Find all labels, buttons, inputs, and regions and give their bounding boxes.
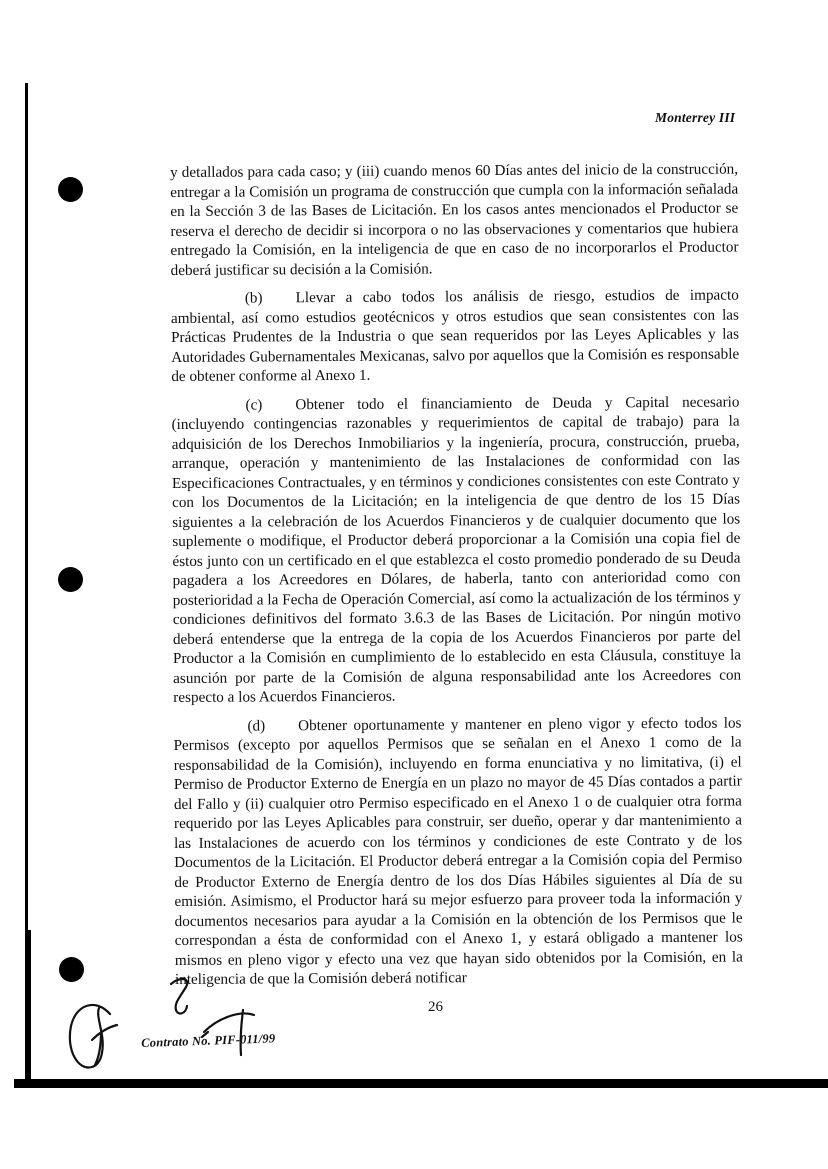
- contract-text-block: y detallados para cada caso; y (iii) cua…: [170, 160, 743, 999]
- paragraph-b-label: (b): [245, 289, 263, 306]
- scanned-contract-page: Monterrey III y detallados para cada cas…: [0, 0, 828, 1169]
- paragraph-text: y detallados para cada caso; y (iii) cua…: [170, 161, 739, 279]
- paragraph-d: (d)Obtener oportunamente y mantener en p…: [173, 713, 743, 989]
- paragraph-d-label: (d): [247, 717, 265, 734]
- page-number: 26: [428, 999, 443, 1016]
- paragraph-c-label: (c): [245, 396, 262, 413]
- punch-mark-icon: [58, 567, 83, 592]
- paragraph-b: (b)Llevar a cabo todos los análisis de r…: [171, 286, 740, 387]
- paragraph-c: (c)Obtener todo el financiamiento de Deu…: [171, 392, 741, 707]
- paragraph-text: Obtener oportunamente y mantener en plen…: [174, 714, 743, 988]
- paragraph-continuation: y detallados para cada caso; y (iii) cua…: [170, 160, 739, 280]
- left-edge-scan-line-thick: [25, 930, 31, 1080]
- document-header-label: Monterrey III: [655, 110, 735, 126]
- handwritten-signature-icon: [50, 968, 290, 1083]
- paragraph-text: Obtener todo el financiamiento de Deuda …: [172, 393, 742, 706]
- punch-mark-icon: [58, 177, 83, 202]
